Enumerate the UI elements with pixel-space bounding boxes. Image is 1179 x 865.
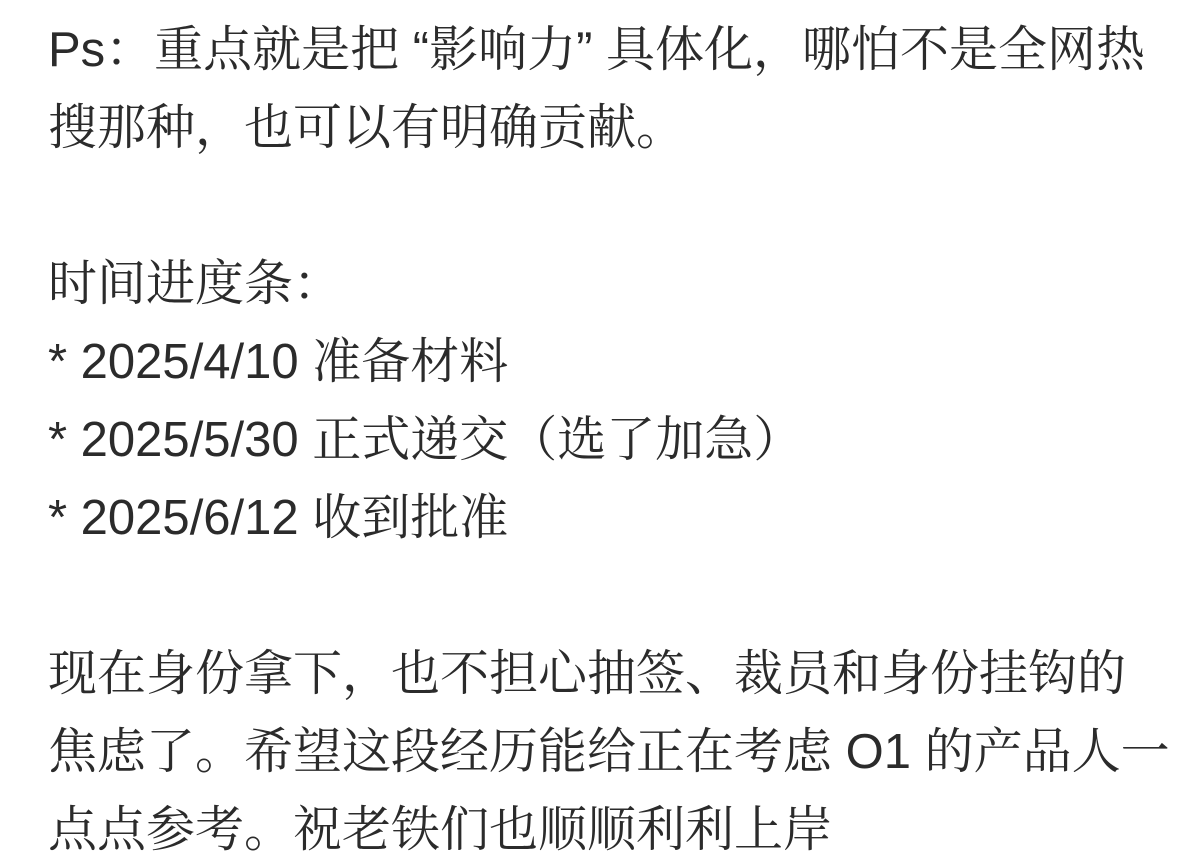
closing-paragraph: 现在身份拿下，也不担心抽签、裁员和身份挂钩的 焦虑了。希望这段经历能给正在考虑 … [48,635,1149,865]
timeline-item-formal-submission: * 2025/5/30 正式递交（选了加急） [48,401,1149,479]
ps-note-paragraph: Ps：重点就是把 “影响力” 具体化，哪怕不是全网热 搜那种，也可以有明确贡献。 [48,11,1149,167]
timeline-paragraph: 时间进度条： * 2025/4/10 准备材料 * 2025/5/30 正式递交… [48,245,1149,557]
timeline-item-prepare-materials: * 2025/4/10 准备材料 [48,323,1149,401]
ps-note-line-1: Ps：重点就是把 “影响力” 具体化，哪怕不是全网热 [48,11,1149,89]
closing-line-3: 点点参考。祝老铁们也顺顺利利上岸 [48,791,1149,865]
closing-line-2: 焦虑了。希望这段经历能给正在考虑 O1 的产品人一 [48,713,1149,791]
timeline-item-approval-received: * 2025/6/12 收到批准 [48,479,1149,557]
timeline-heading: 时间进度条： [48,245,1149,323]
closing-line-1: 现在身份拿下，也不担心抽签、裁员和身份挂钩的 [48,635,1149,713]
ps-note-line-2: 搜那种，也可以有明确贡献。 [48,89,1149,167]
post-body: Ps：重点就是把 “影响力” 具体化，哪怕不是全网热 搜那种，也可以有明确贡献。… [0,0,1179,865]
